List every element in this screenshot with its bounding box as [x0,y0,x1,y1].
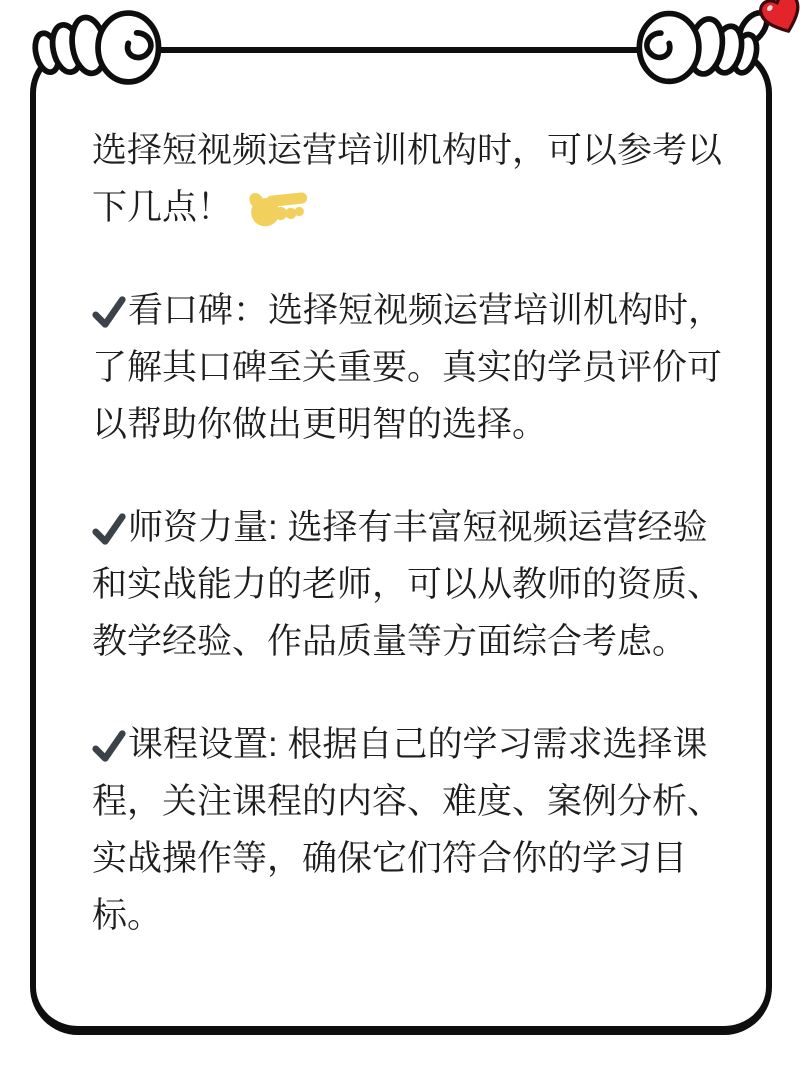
bullet-text: 程，关注课程的内容、难度、案例分析、 [92,773,722,830]
check-icon [90,727,128,765]
bullet-text: 实战操作等，确保它们符合你的学习目 [92,830,722,887]
intro-line: 选择短视频运营培训机构时，可以参考以 [92,122,722,179]
bullet-text: 师资力量: 选择有丰富短视频运营经验 [128,499,707,556]
gripping-hand-left-icon [24,3,170,93]
bullet-first-line: 看口碑：选择短视频运营培训机构时， [92,282,723,339]
bullet-text: 了解其口碑至关重要。真实的学员评价可 [92,339,723,396]
bullet-first-line: 课程设置: 根据自己的学习需求选择课 [92,716,722,773]
check-icon [90,510,128,548]
bullet-text: 课程设置: 根据自己的学习需求选择课 [128,716,707,773]
bullet-teachers: 师资力量: 选择有丰富短视频运营经验 和实战能力的老师，可以从教师的资质、 教学… [92,499,722,670]
bullet-text: 以帮助你做出更明智的选择。 [92,396,723,453]
bullet-text: 看口碑：选择短视频运营培训机构时， [128,282,723,339]
pointing-finger-icon [246,182,312,232]
gripping-hand-right-icon [626,3,780,93]
bullet-reputation: 看口碑：选择短视频运营培训机构时， 了解其口碑至关重要。真实的学员评价可 以帮助… [92,282,723,453]
intro-line: 下几点！ [92,179,722,236]
bullet-text: 标。 [92,887,722,944]
bullet-text: 教学经验、作品质量等方面综合考虑。 [92,613,722,670]
intro-line-text: 下几点！ [92,179,232,236]
poster-canvas: 选择短视频运营培训机构时，可以参考以 下几点！ 看口碑：选择短视频运 [0,0,800,1069]
check-icon [90,293,128,331]
heart-icon [758,0,800,39]
bullet-curriculum: 课程设置: 根据自己的学习需求选择课 程，关注课程的内容、难度、案例分析、 实战… [92,716,722,944]
bullet-text: 和实战能力的老师，可以从教师的资质、 [92,556,722,613]
bullet-first-line: 师资力量: 选择有丰富短视频运营经验 [92,499,722,556]
intro-paragraph: 选择短视频运营培训机构时，可以参考以 下几点！ [92,122,722,236]
